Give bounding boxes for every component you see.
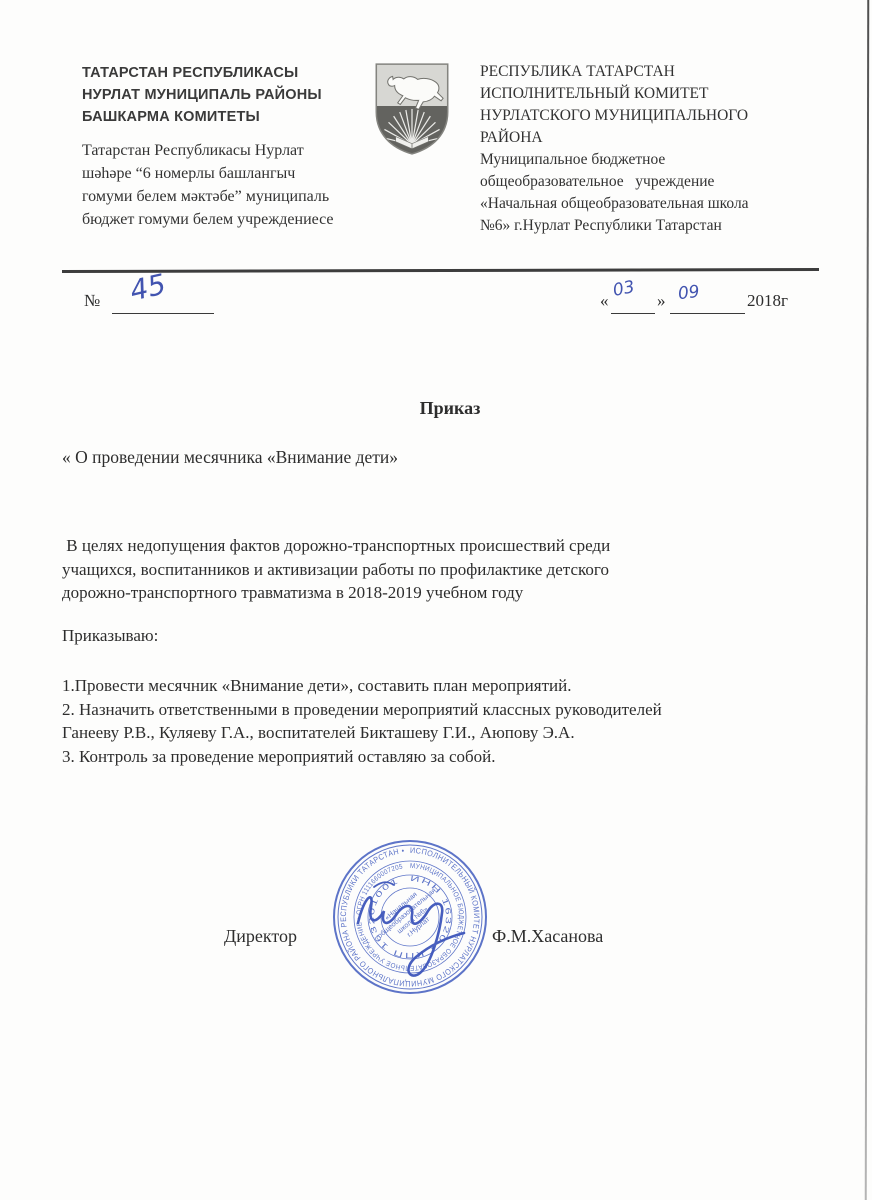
preamble-line: дорожно-транспортного травматизма в 2018…	[62, 581, 802, 605]
org-detail-tatar-line: шәһәре “6 номерлы башлангыч	[82, 162, 382, 185]
date-day-handwritten: 03	[611, 277, 636, 301]
signature-stroke	[358, 897, 464, 975]
org-detail-tatar: Татарстан Республикасы Нурлат шәһәре “6 …	[82, 139, 382, 231]
org-detail-tatar-line: Татарстан Республикасы Нурлат	[82, 139, 382, 162]
org-detail-tatar-line: гомуми белем мәктәбе” муниципаль	[82, 185, 382, 208]
org-detail-russian-line: №6» г.Нурлат Республики Татарстан	[480, 215, 825, 237]
preamble-line: учащихся, воспитанников и активизации ра…	[62, 558, 802, 582]
date-year: 2018г	[747, 291, 788, 311]
order-title: Приказ	[62, 398, 838, 419]
org-name-tatar: ТАТАРСТАН РЕСПУБЛИКАСЫ НУРЛАТ МУНИЦИПАЛЬ…	[82, 62, 382, 128]
order-directive: Приказываю:	[62, 626, 158, 646]
date-close-quote: »	[657, 291, 666, 311]
org-detail-russian-line: Муниципальное бюджетное	[480, 149, 825, 171]
order-item-line: Ганееву Р.В., Куляеву Г.А., воспитателей…	[62, 721, 822, 745]
org-name-russian-line: НУРЛАТСКОГО МУНИЦИПАЛЬНОГО	[480, 105, 820, 127]
order-item-line: 3. Контроль за проведение мероприятий ос…	[62, 745, 822, 769]
header-separator-rule	[62, 268, 819, 273]
scanned-order-document: ТАТАРСТАН РЕСПУБЛИКАСЫ НУРЛАТ МУНИЦИПАЛЬ…	[0, 0, 872, 1200]
order-item-line: 2. Назначить ответственными в проведении…	[62, 698, 822, 722]
org-name-russian-line: ИСПОЛНИТЕЛЬНЫЙ КОМИТЕТ	[480, 83, 820, 105]
org-name-russian: РЕСПУБЛИКА ТАТАРСТАН ИСПОЛНИТЕЛЬНЫЙ КОМИ…	[480, 61, 820, 149]
preamble-line: В целях недопущения фактов дорожно-транс…	[62, 534, 802, 558]
order-number-label: №	[84, 291, 100, 311]
org-name-tatar-line: НУРЛАТ МУНИЦИПАЛЬ РАЙОНЫ	[82, 84, 382, 106]
signature-role: Директор	[224, 926, 297, 947]
date-open-quote: «	[600, 291, 609, 311]
coat-of-arms-icon	[369, 59, 455, 159]
coat-of-arms-emblem	[369, 59, 455, 159]
order-items: 1.Провести месячник «Внимание дети», сос…	[62, 674, 822, 768]
order-preamble: В целях недопущения фактов дорожно-транс…	[62, 534, 802, 605]
org-detail-russian: Муниципальное бюджетное общеобразователь…	[480, 149, 825, 237]
signature-flourish	[374, 882, 394, 887]
signature-icon	[330, 845, 540, 1005]
org-name-russian-line: РАЙОНА	[480, 127, 820, 149]
org-name-tatar-line: БАШКАРМА КОМИТЕТЫ	[82, 106, 382, 128]
org-detail-tatar-line: бюджет гомуми белем учреждениесе	[82, 208, 382, 231]
org-name-tatar-line: ТАТАРСТАН РЕСПУБЛИКАСЫ	[82, 62, 382, 84]
handwritten-signature	[330, 845, 540, 1005]
order-subject: « О проведении месячника «Внимание дети»	[62, 447, 762, 468]
date-month-handwritten: 09	[677, 282, 701, 304]
org-detail-russian-line: «Начальная общеобразовательная школа	[480, 193, 825, 215]
order-item-line: 1.Провести месячник «Внимание дети», сос…	[62, 674, 822, 698]
scanner-edge-line	[865, 0, 870, 1200]
org-detail-russian-line: общеобразовательное учреждение	[480, 171, 825, 193]
org-name-russian-line: РЕСПУБЛИКА ТАТАРСТАН	[480, 61, 820, 83]
